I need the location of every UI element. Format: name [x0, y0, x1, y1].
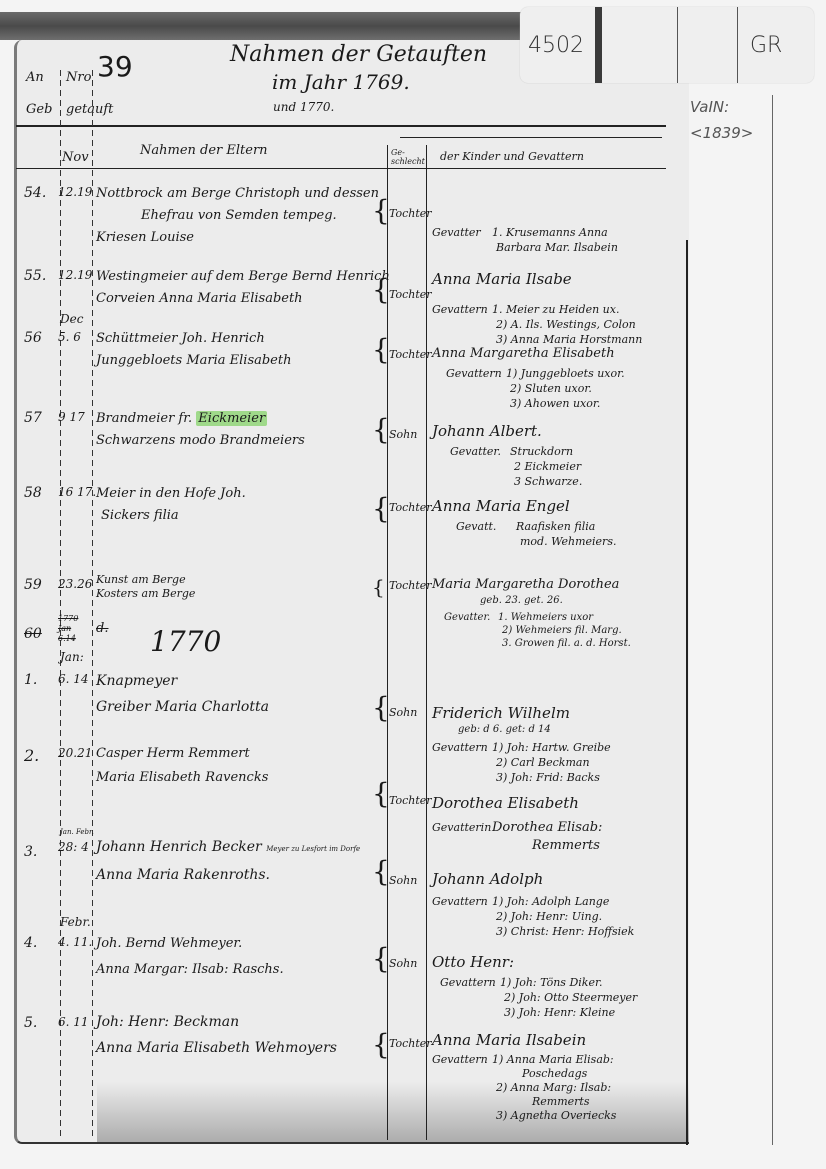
- entry-number: 54.: [24, 185, 46, 201]
- entry-sex: Sohn: [389, 428, 417, 441]
- header-col-date-bottom: getauft: [66, 102, 113, 117]
- header-child: der Kinder und Gevattern: [440, 150, 584, 163]
- godparents-label: Gevattern: [432, 302, 492, 317]
- highlighted-name: Eickmeier: [196, 411, 267, 426]
- entry-child-name: Anna Margaretha Elisabeth: [432, 346, 615, 361]
- godparents-label: Gevattern: [432, 740, 492, 755]
- entry-parents: Nottbrock am Berge Christoph und dessen …: [96, 183, 379, 249]
- entry-date: 9 17: [58, 410, 85, 424]
- entry-number: 58: [24, 485, 42, 501]
- godparent: 3) Christ: Henr: Hoffsiek: [432, 924, 634, 939]
- entry-sex: Tochter: [389, 288, 432, 301]
- brace: {: [372, 573, 385, 601]
- entry-date: 6. 14: [58, 672, 89, 686]
- entry-godparents: Gevattern1) Anna Maria Elisab: Poschedag…: [432, 1053, 616, 1123]
- entry-sex: Tochter: [389, 348, 432, 361]
- entry-child-note: geb. 23. get. 26.: [480, 595, 563, 606]
- godparent: 1) Joh: Adolph Lange: [492, 895, 609, 908]
- entry-date: 1770 Jan 6.14: [58, 614, 84, 644]
- scan-top-shadow: [0, 12, 600, 40]
- year-divider: 1770: [150, 625, 221, 658]
- label-bar: [595, 7, 602, 83]
- entry-godparents: Gevatter1. Krusemanns Anna Barbara Mar. …: [432, 225, 618, 255]
- entry-child-name: Johann Adolph: [432, 870, 543, 888]
- entry-godparents: Gevatt.Raafisken filia mod. Wehmeiers.: [456, 519, 616, 549]
- entry-child-note: geb: d 6. get: d 14: [458, 724, 551, 735]
- column-rule-number: [60, 70, 61, 1140]
- entry-number: 55.: [24, 268, 46, 284]
- brace: {: [372, 416, 390, 444]
- parent-line: Joh: Henr: Beckman: [96, 1009, 337, 1035]
- entry-sex: Tochter: [389, 1037, 432, 1050]
- column-header-rule: [16, 168, 666, 169]
- archive-label: 4502 GR: [520, 7, 814, 83]
- entry-date: 12.19: [58, 185, 92, 199]
- archive-code: 4502: [528, 33, 584, 58]
- archive-note-line2: <1839>: [690, 120, 753, 146]
- entry-child-name: Maria Margaretha Dorothea: [432, 577, 619, 592]
- entry-parents: d.: [96, 618, 108, 640]
- entry-number: 5.: [24, 1015, 37, 1031]
- godparent: 1) Joh: Hartw. Greibe: [492, 741, 611, 754]
- parent-line: Kosters am Berge: [96, 587, 195, 601]
- brace: {: [372, 276, 390, 304]
- entry-month: Febr.: [60, 915, 91, 929]
- entry-number: 59: [24, 577, 42, 593]
- entry-date: 20.21: [58, 746, 92, 760]
- header-col-date-top: Nro: [66, 70, 91, 85]
- entry-number: 57: [24, 410, 42, 426]
- entry-child-name: Friderich Wilhelm: [432, 704, 570, 722]
- parent-line: Kriesen Louise: [96, 227, 379, 249]
- godparent: 3) Joh: Frid: Backs: [432, 770, 611, 785]
- archive-note-line1: VaIN:: [690, 94, 753, 120]
- label-divider: [677, 7, 678, 83]
- entry-child-name: Anna Maria Ilsabein: [432, 1031, 586, 1049]
- godparent: 1. Krusemanns Anna: [492, 226, 608, 239]
- godparent: 3) Agnetha Overiecks: [432, 1109, 616, 1123]
- brace: {: [372, 945, 390, 973]
- entry-date: 4. 11.: [58, 935, 92, 949]
- header-rule: [16, 125, 666, 127]
- entry-parents: Joh: Henr: Beckman Anna Maria Elisabeth …: [96, 1009, 337, 1061]
- parent-line: Anna Margar: Ilsab: Raschs.: [96, 957, 284, 983]
- entry-number: 2.: [24, 746, 39, 765]
- parent-line: Maria Elisabeth Ravencks: [96, 766, 268, 790]
- parent-line: Anna Maria Elisabeth Wehmoyers: [96, 1035, 337, 1061]
- godparents-label: Gevatt.: [456, 519, 516, 534]
- parent-line: Corveien Anna Maria Elisabeth: [96, 288, 390, 310]
- godparent: 2) A. Ils. Westings, Colon: [432, 317, 642, 332]
- page-edge: [772, 95, 773, 1145]
- entry-godparents: Gevatter.Struckdorn 2 Eickmeier 3 Schwar…: [450, 444, 582, 489]
- godparent: 1) Junggebloets uxor.: [506, 367, 625, 380]
- brace: {: [372, 336, 390, 364]
- godparents-label: Gevattern: [446, 366, 506, 381]
- godparents-label: Gevatter.: [450, 444, 510, 459]
- parent-line: Meier in den Hofe Joh.: [96, 483, 246, 505]
- header-sex: Ge-schlecht: [391, 148, 421, 166]
- parent-line: Knapmeyer: [96, 668, 269, 694]
- entry-number: 60: [24, 626, 42, 642]
- entry-date: 6. 11: [58, 1015, 89, 1029]
- brace: {: [372, 780, 390, 808]
- entry-godparents: Gevattern1) Joh: Töns Diker. 2) Joh: Ott…: [440, 975, 637, 1020]
- brace: {: [372, 858, 390, 886]
- parent-line: Joh. Bernd Wehmeyer.: [96, 931, 284, 957]
- volume-number: 39: [97, 50, 133, 83]
- archive-note: VaIN: <1839>: [690, 94, 753, 146]
- godparents-label: Gevatter: [432, 225, 492, 240]
- parent-name: Johann Henrich Becker: [96, 839, 262, 855]
- godparents-label: Gevatterin: [432, 820, 492, 835]
- right-margin-rule: [686, 240, 688, 1145]
- godparents-label: Gevattern: [432, 894, 492, 909]
- column-rule-date: [92, 70, 93, 1140]
- brace: {: [372, 694, 390, 722]
- entry-month: Dec: [60, 312, 83, 326]
- entry-parents: Johann Henrich Becker Meyer zu Lesfort i…: [96, 834, 360, 888]
- godparent: 2) Joh: Otto Steermeyer: [440, 990, 637, 1005]
- godparent: mod. Wehmeiers.: [456, 534, 616, 549]
- godparent: 3 Schwarze.: [450, 474, 582, 489]
- godparent: 3) Anna Maria Horstmann: [432, 332, 642, 347]
- entry-parents: Brandmeier fr. Eickmeier Schwarzens modo…: [96, 408, 305, 452]
- parent-note: Meyer zu Lesfort im Dorfe: [266, 845, 360, 853]
- parent-line: Sickers filia: [96, 505, 246, 527]
- entry-date: 16 17.: [58, 485, 96, 499]
- parent-line: Johann Henrich Becker Meyer zu Lesfort i…: [96, 834, 360, 862]
- entry-child-name: Anna Maria Ilsabe: [432, 270, 572, 288]
- godparent: Dorothea Elisab:: [492, 820, 602, 835]
- entry-child-name: Otto Henr:: [432, 953, 514, 971]
- godparent: 2) Carl Beckman: [432, 755, 611, 770]
- page-subtitle-year: und 1770.: [273, 100, 334, 114]
- entry-godparents: Gevatter.1. Wehmeiers uxor 2) Wehmeiers …: [444, 611, 631, 650]
- entry-parents: Kunst am Berge Kosters am Berge: [96, 573, 195, 601]
- godparent: 3) Joh: Henr: Kleine: [440, 1005, 637, 1020]
- godparent: Remmerts: [432, 1095, 616, 1109]
- header-parents: Nahmen der Eltern: [140, 143, 268, 158]
- entry-date: 23.26: [58, 577, 92, 591]
- brace: {: [372, 197, 390, 225]
- entry-child-name: Dorothea Elisabeth: [432, 794, 579, 812]
- page-title: Nahmen der Getauften: [230, 42, 487, 67]
- entry-sex: Tochter: [389, 579, 432, 592]
- label-divider: [737, 7, 738, 83]
- header-col-number-bottom: Geb: [26, 102, 52, 117]
- entry-parents: Westingmeier auf dem Berge Bernd Henrich…: [96, 266, 390, 310]
- entry-date: 5. 6: [58, 330, 81, 344]
- parent-line: Kunst am Berge: [96, 573, 195, 587]
- entry-number: 1.: [24, 672, 37, 688]
- entry-number: 3.: [24, 844, 37, 860]
- entry-godparents: GevatterinDorothea Elisab: Remmerts: [432, 820, 602, 857]
- header-month-nov: Nov: [62, 150, 89, 165]
- entry-parents: Meier in den Hofe Joh. Sickers filia: [96, 483, 246, 527]
- godparent: 1. Wehmeiers uxor: [498, 612, 593, 623]
- entry-month: Jan. Febr.: [60, 828, 94, 836]
- parent-line: Westingmeier auf dem Berge Bernd Henrich: [96, 266, 390, 288]
- entry-parents: Schüttmeier Joh. Henrich Junggebloets Ma…: [96, 328, 291, 372]
- entry-parents: Joh. Bernd Wehmeyer. Anna Margar: Ilsab:…: [96, 931, 284, 983]
- entry-sex: Sohn: [389, 874, 417, 887]
- parent-line: Brandmeier fr. Eickmeier: [96, 408, 305, 430]
- entry-godparents: Gevattern1) Junggebloets uxor. 2) Sluten…: [446, 366, 625, 411]
- godparents-label: Gevattern: [440, 975, 500, 990]
- godparent: 1) Anna Maria Elisab:: [492, 1053, 614, 1066]
- godparent: 2) Joh: Henr: Uing.: [432, 909, 634, 924]
- entry-sex: Tochter: [389, 501, 432, 514]
- godparent: 2) Anna Marg: Ilsab:: [432, 1081, 616, 1095]
- page-subtitle: im Jahr 1769.: [272, 70, 410, 94]
- entry-sex: Tochter: [389, 794, 432, 807]
- parent-line: Ehefrau von Semden tempeg.: [96, 205, 379, 227]
- entry-parents: Casper Herm Remmert Maria Elisabeth Rave…: [96, 742, 268, 790]
- godparent: 2) Wehmeiers fil. Marg.: [444, 624, 631, 637]
- godparent: Raafisken filia: [516, 520, 595, 533]
- parent-line: Anna Maria Rakenroths.: [96, 862, 360, 888]
- parent-line: Junggebloets Maria Elisabeth: [96, 350, 291, 372]
- entry-parents: Knapmeyer Greiber Maria Charlotta: [96, 668, 269, 720]
- header-col-number-top: An: [26, 70, 44, 85]
- entry-child-name: Johann Albert.: [432, 422, 542, 440]
- godparent: 3. Growen fil. a. d. Horst.: [444, 637, 631, 650]
- entry-godparents: Gevattern1. Meier zu Heiden ux. 2) A. Il…: [432, 302, 642, 347]
- godparent: 3) Ahowen uxor.: [446, 396, 625, 411]
- godparent: Remmerts: [432, 835, 602, 857]
- parent-line: Casper Herm Remmert: [96, 742, 268, 766]
- godparent: 2) Sluten uxor.: [446, 381, 625, 396]
- godparents-label: Gevatter.: [444, 611, 498, 624]
- entry-godparents: Gevattern1) Joh: Hartw. Greibe 2) Carl B…: [432, 740, 611, 785]
- entry-number: 4.: [24, 935, 37, 951]
- godparent: Struckdorn: [510, 445, 573, 458]
- parent-line: Schüttmeier Joh. Henrich: [96, 328, 291, 350]
- parent-line: Nottbrock am Berge Christoph und dessen: [96, 183, 379, 205]
- entry-month: Jan:: [60, 650, 84, 664]
- entry-date: 28: 4: [58, 840, 89, 854]
- entry-child-name: Anna Maria Engel: [432, 497, 570, 515]
- entry-sex: Tochter: [389, 207, 432, 220]
- parent-line: Greiber Maria Charlotta: [96, 694, 269, 720]
- brace: {: [372, 1031, 390, 1059]
- entry-sex: Sohn: [389, 706, 417, 719]
- entry-number: 56: [24, 330, 42, 346]
- parent-line: Schwarzens modo Brandmeiers: [96, 430, 305, 452]
- godparent: Poschedags: [432, 1067, 616, 1081]
- godparent: 1) Joh: Töns Diker.: [500, 976, 603, 989]
- godparent: Barbara Mar. Ilsabein: [432, 240, 618, 255]
- godparent: 2 Eickmeier: [450, 459, 582, 474]
- entry-godparents: Gevattern1) Joh: Adolph Lange 2) Joh: He…: [432, 894, 634, 939]
- archive-suffix: GR: [750, 33, 782, 58]
- header-rule-2: [400, 137, 662, 138]
- brace: {: [372, 495, 390, 523]
- entry-sex: Sohn: [389, 957, 417, 970]
- entry-date: 12.19: [58, 268, 92, 282]
- godparents-label: Gevattern: [432, 1053, 492, 1067]
- godparent: 1. Meier zu Heiden ux.: [492, 303, 619, 316]
